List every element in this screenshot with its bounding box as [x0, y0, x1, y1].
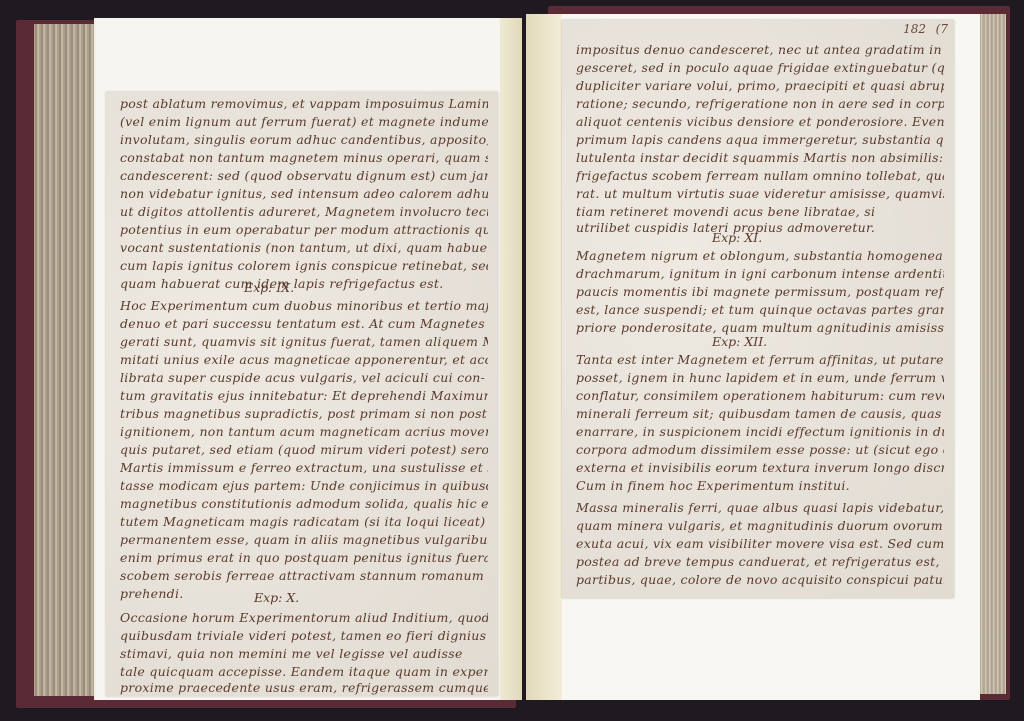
- ms-line: rat. ut multum virtutis suae videretur a…: [576, 186, 944, 202]
- ms-line: tum gravitatis ejus innitebatur: Et depr…: [120, 388, 488, 404]
- ms-line: tale quicquam accepisse. Eandem itaque q…: [120, 664, 488, 680]
- page-edges-right: [978, 14, 1006, 694]
- ms-line: ut digitos attollentis adureret, Magnete…: [120, 204, 488, 220]
- ms-line: primum lapis candens aqua immergeretur, …: [576, 132, 944, 148]
- ms-line: lutulenta instar decidit squammis Martis…: [576, 150, 944, 166]
- ms-line: mitati unius exile acus magneticae appon…: [120, 352, 488, 368]
- ms-line: potentius in eum operabatur per modum at…: [120, 222, 488, 238]
- ms-line: constabat non tantum magnetem minus oper…: [120, 150, 488, 166]
- ms-line: Magnetem nigrum et oblongum, substantia …: [576, 248, 944, 264]
- page-edges-left: [34, 24, 98, 696]
- ms-line: exuta acui, vix eam visibiliter movere v…: [576, 536, 944, 552]
- ms-line: gerati sunt, quamvis sit ignitus fuerat,…: [120, 334, 488, 350]
- ms-line: enim primus erat in quo postquam penitus…: [120, 550, 488, 566]
- ms-line: aliquot centenis vicibus densiore et pon…: [576, 114, 944, 130]
- ms-line: magnetibus constitutionis admodum solida…: [120, 496, 488, 512]
- ms-line: externa et invisibilis eorum textura inv…: [576, 460, 944, 476]
- heading-exp-xii: Exp: XII.: [712, 334, 767, 349]
- ms-line: prehendi.: [120, 586, 488, 602]
- ms-line: tiam retineret movendi acus bene librata…: [576, 204, 944, 220]
- ms-line: Occasione horum Experimentorum aliud Ind…: [120, 610, 488, 626]
- ms-line: tutem Magneticam magis radicatam (si ita…: [120, 514, 488, 530]
- ms-line: Cum in finem hoc Experimentum institui.: [576, 478, 944, 494]
- ms-line: enarrare, in suspicionem incidi effectum…: [576, 424, 944, 440]
- ms-line: quibusdam triviale videri potest, tamen …: [120, 628, 488, 644]
- ms-line: minerali ferreum sit; quibusdam tamen de…: [576, 406, 944, 422]
- ms-line: stimavi, quia non memini me vel legisse …: [120, 646, 488, 662]
- ms-line: (vel enim lignum aut ferrum fuerat) et m…: [120, 114, 488, 130]
- ms-line: paucis momentis ibi magnete permissum, p…: [576, 284, 944, 300]
- ms-line: conflatur, consimilem operationem habitu…: [576, 388, 944, 404]
- ms-line: est, lance suspendi; et tum quinque octa…: [576, 302, 944, 318]
- ms-line: non videbatur ignitus, sed intensum adeo…: [120, 186, 488, 202]
- ms-line: permanentem esse, quam in aliis magnetib…: [120, 532, 488, 548]
- ms-line: Massa mineralis ferri, quae albus quasi …: [576, 500, 944, 516]
- ms-line: Hoc Experimentum cum duobus minoribus et…: [120, 298, 488, 314]
- ms-line: vocant sustentationis (non tantum, ut di…: [120, 240, 488, 256]
- ms-line: frigefactus scobem ferream nullam omnino…: [576, 168, 944, 184]
- manuscript-leaf-left: post ablatum removimus, et vappam imposu…: [106, 92, 498, 696]
- ms-line: drachmarum, ignitum in igni carbonum int…: [576, 266, 944, 282]
- ms-line: ignitionem, non tantum acum magneticam a…: [120, 424, 488, 440]
- ms-line: impositus denuo candesceret, nec ut ante…: [576, 42, 944, 58]
- ms-line: tasse modicam ejus partem: Unde conjicim…: [120, 478, 488, 494]
- ms-line: tribus magnetibus supradictis, post prim…: [120, 406, 488, 422]
- heading-exp-ix: Exp: IX.: [244, 280, 294, 295]
- ms-line: posset, ignem in hunc lapidem et in eum,…: [576, 370, 944, 386]
- folio-number: 182: [903, 22, 926, 36]
- ms-line: denuo et pari successu tentatum est. At …: [120, 316, 488, 332]
- ms-line: Martis immissum e ferreo extractum, una …: [120, 460, 488, 476]
- ms-line: post ablatum removimus, et vappam imposu…: [120, 96, 488, 112]
- gutter-left: [500, 18, 522, 700]
- ms-line: quam minera vulgaris, et magnitudinis du…: [576, 518, 944, 534]
- gutter-right: [526, 14, 562, 700]
- ms-line: corpora admodum dissimilem esse posse: u…: [576, 442, 944, 458]
- ms-line: candescerent: sed (quod observatu dignum…: [120, 168, 488, 184]
- manuscript-leaf-right: 182 (7 impositus denuo candesceret, nec …: [562, 20, 954, 598]
- folio-mark: (7: [936, 22, 948, 36]
- ms-line: proxime praecedente usus eram, refrigera…: [120, 680, 488, 696]
- ms-line: scobem serobis ferreae attractivam stann…: [120, 568, 488, 584]
- ms-line: cum lapis ignitus colorem ignis conspicu…: [120, 258, 488, 274]
- ms-line: dupliciter variare volui, primo, praecip…: [576, 78, 944, 94]
- ms-line: postea ad breve tempus canduerat, et ref…: [576, 554, 944, 570]
- heading-exp-x: Exp: X.: [254, 590, 299, 605]
- ms-line: librata super cuspide acus vulgaris, vel…: [120, 370, 488, 386]
- ms-line: partibus, quae, colore de novo acquisito…: [576, 572, 944, 588]
- heading-exp-xi: Exp: XI.: [712, 230, 762, 245]
- ms-line: quam habuerat cum idem lapis refrigefact…: [120, 276, 488, 292]
- ms-line: ratione; secundo, refrigeratione non in …: [576, 96, 944, 112]
- ms-line: involutam, singulis eorum adhuc candenti…: [120, 132, 488, 148]
- ms-line: quis putaret, sed etiam (quod mirum vide…: [120, 442, 488, 458]
- ms-line: gesceret, sed in poculo aquae frigidae e…: [576, 60, 944, 76]
- ms-line: Tanta est inter Magnetem et ferrum affin…: [576, 352, 944, 368]
